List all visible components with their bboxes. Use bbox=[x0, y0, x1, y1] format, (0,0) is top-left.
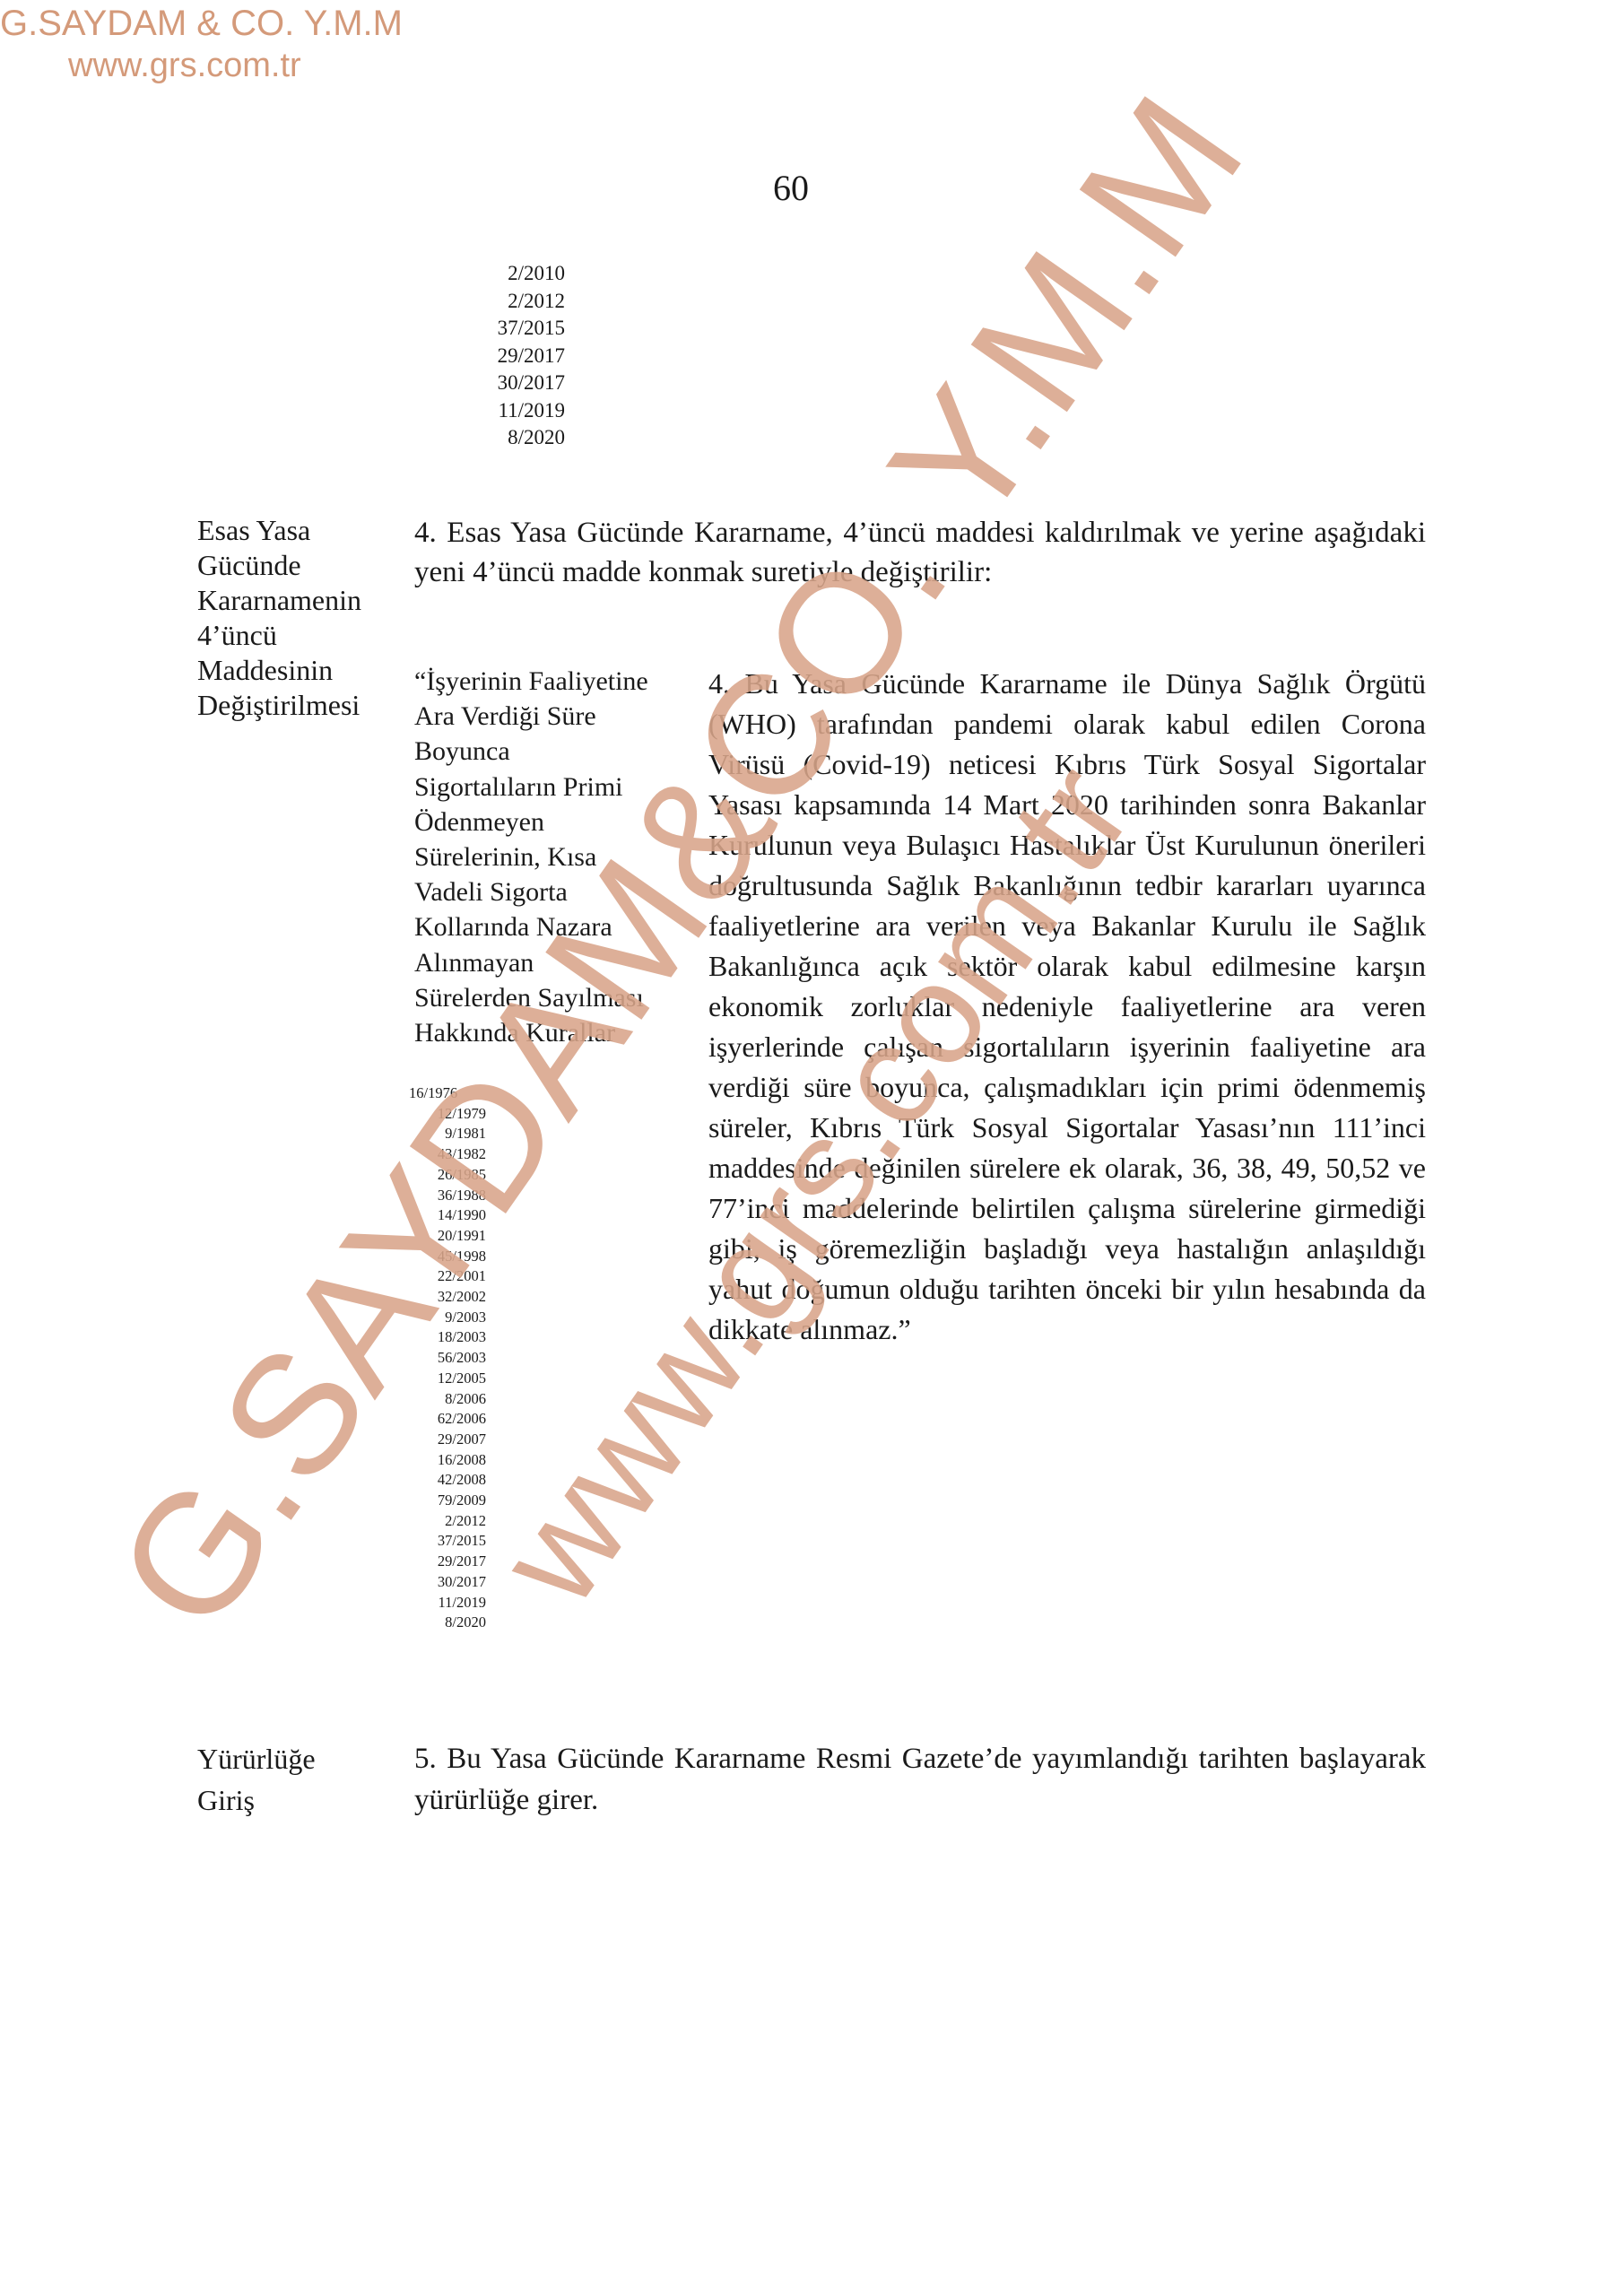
text-line: Esas Yasa bbox=[197, 513, 361, 548]
text-line: 22/2001 bbox=[411, 1266, 486, 1287]
text-line: Sigortalıların Primi bbox=[414, 770, 683, 804]
new-article-title: “İşyerinin FaaliyetineAra Verdiği SüreBo… bbox=[414, 664, 683, 1050]
text-line: 36/1988 bbox=[411, 1186, 486, 1206]
text-line: Ara Verdiği Süre bbox=[414, 699, 683, 734]
text-line: Giriş bbox=[197, 1779, 316, 1821]
text-line: 14/1990 bbox=[411, 1205, 486, 1226]
text-line: Vadeli Sigorta bbox=[414, 874, 683, 909]
text-line: 29/2007 bbox=[411, 1430, 486, 1450]
text-line: 29/2017 bbox=[475, 343, 565, 370]
text-line: 11/2019 bbox=[475, 397, 565, 425]
text-line: 43/1982 bbox=[411, 1144, 486, 1165]
text-line: 45/1998 bbox=[411, 1247, 486, 1267]
text-line: Gücünde bbox=[197, 548, 361, 583]
amendment-refs-new-article: 16/197612/19799/198143/198226/198536/198… bbox=[411, 1083, 486, 1633]
text-line: 30/2017 bbox=[411, 1572, 486, 1593]
text-line: 26/1985 bbox=[411, 1165, 486, 1186]
text-line: Sürelerinin, Kısa bbox=[414, 839, 683, 874]
text-line: 8/2020 bbox=[411, 1613, 486, 1633]
new-article-paragraph: 4. Bu Yasa Gücünde Kararname ile Dünya S… bbox=[708, 664, 1426, 1350]
text-line: 37/2015 bbox=[475, 315, 565, 343]
text-line: 12/2005 bbox=[411, 1369, 486, 1389]
text-line: 16/2008 bbox=[411, 1450, 486, 1471]
text-line: 8/2020 bbox=[475, 424, 565, 452]
margin-note-section-5: YürürlüğeGiriş bbox=[197, 1738, 316, 1821]
text-line: 79/2009 bbox=[411, 1491, 486, 1511]
section-4-intro: 4. Esas Yasa Gücünde Kararname, 4’üncü m… bbox=[414, 513, 1426, 592]
amendment-refs-top: 2/20102/201237/201529/201730/201711/2019… bbox=[475, 260, 565, 452]
text-line: 30/2017 bbox=[475, 370, 565, 397]
new-article-4-text: 4. Bu Yasa Gücünde Kararname ile Dünya S… bbox=[708, 664, 1426, 1350]
text-line: 2/2010 bbox=[475, 260, 565, 288]
text-line: 4’üncü bbox=[197, 618, 361, 653]
text-line: Maddesinin bbox=[197, 653, 361, 688]
text-line: Hakkında Kurallar bbox=[414, 1015, 683, 1050]
text-line: “İşyerinin Faaliyetine bbox=[414, 664, 683, 699]
text-line: 56/2003 bbox=[411, 1348, 486, 1369]
text-line: Ödenmeyen bbox=[414, 804, 683, 839]
text-line: Alınmayan bbox=[414, 945, 683, 980]
page-number: 60 bbox=[773, 167, 809, 209]
text-line: 8/2006 bbox=[411, 1389, 486, 1410]
text-line: Sürelerden Sayılması bbox=[414, 980, 683, 1015]
text-line: 29/2017 bbox=[411, 1552, 486, 1572]
text-line: 11/2019 bbox=[411, 1593, 486, 1613]
text-line: 16/1976 bbox=[409, 1083, 486, 1104]
header-watermark-firm: G.SAYDAM & CO. Y.M.M bbox=[0, 4, 403, 44]
text-line: 20/1991 bbox=[411, 1226, 486, 1247]
text-line: Kararnamenin bbox=[197, 583, 361, 618]
text-line: 18/2003 bbox=[411, 1327, 486, 1348]
text-line: 9/1981 bbox=[411, 1124, 486, 1144]
text-line: 42/2008 bbox=[411, 1470, 486, 1491]
text-line: Boyunca bbox=[414, 734, 683, 769]
text-line: Değiştirilmesi bbox=[197, 688, 361, 723]
text-line: 37/2015 bbox=[411, 1531, 486, 1552]
text-line: Kollarında Nazara bbox=[414, 909, 683, 944]
header-watermark-website: www.grs.com.tr bbox=[68, 47, 301, 85]
text-line: 12/1979 bbox=[411, 1104, 486, 1125]
margin-note-section-4: Esas YasaGücündeKararnamenin4’üncüMaddes… bbox=[197, 513, 361, 723]
text-line: 9/2003 bbox=[411, 1308, 486, 1328]
text-line: 2/2012 bbox=[475, 288, 565, 316]
section-5-text: 5. Bu Yasa Gücünde Kararname Resmi Gazet… bbox=[414, 1738, 1426, 1821]
text-line: Yürürlüğe bbox=[197, 1738, 316, 1779]
text-line: 2/2012 bbox=[411, 1511, 486, 1532]
text-line: 62/2006 bbox=[411, 1409, 486, 1430]
text-line: 32/2002 bbox=[411, 1287, 486, 1308]
